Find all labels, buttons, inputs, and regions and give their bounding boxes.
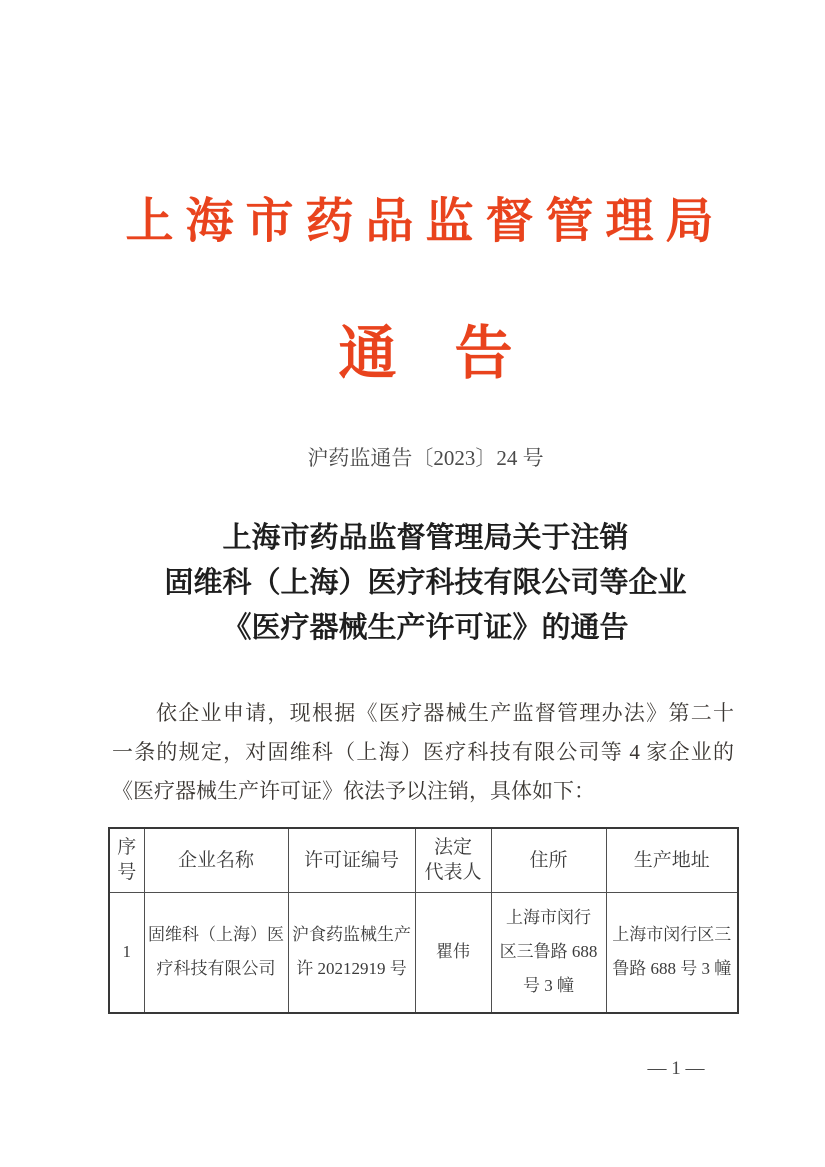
column-header-company-name: 企业名称 <box>144 828 288 892</box>
notice-title: 上海市药品监督管理局关于注销 固维科（上海）医疗科技有限公司等企业 《医疗器械生… <box>26 516 825 651</box>
column-header-prod-address: 生产地址 <box>606 828 738 892</box>
cell-company-name: 固维科（上海）医疗科技有限公司 <box>144 892 288 1013</box>
notice-type-title: 通 告 <box>26 306 825 390</box>
table-header-row: 序 号 企业名称 许可证编号 法定 代表人 住所 生产地址 <box>109 828 738 892</box>
body-line-1: 依企业申请，现根据《医疗器械生产监督管理办法》第二十 <box>112 694 734 733</box>
column-header-index: 序 号 <box>109 828 144 892</box>
body-line-2: 一条的规定，对固维科（上海）医疗科技有限公司等 4 家企业的 <box>112 733 734 772</box>
table-row: 1 固维科（上海）医疗科技有限公司 沪食药监械生产许 20212919 号 瞿伟… <box>109 892 738 1013</box>
document-page: 上海市药品监督管理局 通 告 沪药监通告〔2023〕24 号 上海市药品监督管理… <box>0 0 825 1167</box>
body-line-3: 《医疗器械生产许可证》依法予以注销，具体如下： <box>112 772 734 811</box>
column-header-residence: 住所 <box>491 828 606 892</box>
column-header-license-no: 许可证编号 <box>288 828 415 892</box>
body-paragraph: 依企业申请，现根据《医疗器械生产监督管理办法》第二十 一条的规定，对固维科（上海… <box>112 694 734 811</box>
cell-legal-rep: 瞿伟 <box>415 892 491 1013</box>
cell-residence: 上海市闵行区三鲁路 688 号 3 幢 <box>491 892 606 1013</box>
agency-name-header: 上海市药品监督管理局 <box>26 182 825 251</box>
cell-license-no: 沪食药监械生产许 20212919 号 <box>288 892 415 1013</box>
notice-title-line-3: 《医疗器械生产许可证》的通告 <box>26 606 825 651</box>
notice-title-line-2: 固维科（上海）医疗科技有限公司等企业 <box>26 561 825 606</box>
page-number: — 1 — <box>630 1058 722 1080</box>
notice-title-line-1: 上海市药品监督管理局关于注销 <box>26 516 825 561</box>
column-header-legal-rep: 法定 代表人 <box>415 828 491 892</box>
cell-index: 1 <box>109 892 144 1013</box>
companies-table: 序 号 企业名称 许可证编号 法定 代表人 住所 生产地址 1 固维科（上海）医… <box>108 827 739 1014</box>
cell-prod-address: 上海市闵行区三鲁路 688 号 3 幢 <box>606 892 738 1013</box>
document-number: 沪药监通告〔2023〕24 号 <box>26 442 825 472</box>
